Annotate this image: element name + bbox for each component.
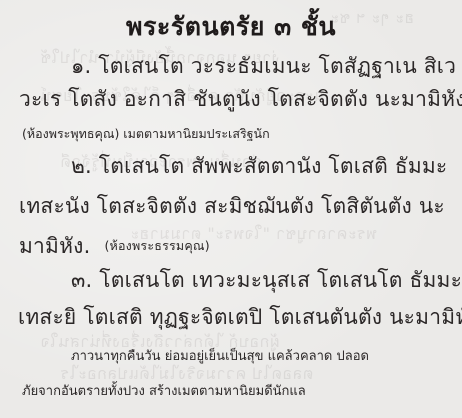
closing-line-2: ภัยจากอันตรายทั้งปวง สร้างเมตตามหานิยมดี… — [22, 385, 306, 398]
verse-2-line-3: มามิหัง.(ห้องพระธรรมคุณ) — [19, 236, 210, 257]
verse-2-line-2: เทสะนัง โตสะจิตตัง สะมิชฌันตัง โตสิตันตั… — [19, 196, 445, 217]
verse-3-line-2: เทสะยิ โตเสติ ทุฏฐะจิตเตปิ โตเสนตันตัง น… — [18, 307, 462, 328]
scanned-page: ฮะ ๆะ ฯ ชะ ง่ายๆ นอกจากนี้ยังมีผู้นำ นำไ… — [0, 0, 462, 418]
verse-1-line-2: วะเร โตสัง อะกาสิ ชันตูนัง โตสะจิตตัง นะ… — [19, 89, 462, 110]
verse-2-line-3-text: มามิหัง. — [19, 234, 90, 258]
verse-1-note: (ห้องพระพุทธคุณ) เมตตามหานิยมประเสริฐนัก — [22, 128, 270, 141]
closing-line-1: ภาวนาทุกคืนวัน ย่อมอยู่เย็นเป็นสุข แคล้ว… — [71, 350, 369, 363]
page-title: พระรัตนตรัย ๓ ชั้น — [0, 14, 462, 39]
verse-2-line-1: ๒. โตเสนโต สัพพะสัตตานัง โตเสติ ธัมมะ — [71, 156, 447, 177]
verse-3-line-1: ๓. โตเสนโต เทวะมะนุสเส โตเสนโต ธัมมะ — [71, 270, 462, 291]
verse-2-note: (ห้องพระธรรมคุณ) — [104, 238, 209, 253]
verse-1-line-1: ๑. โตเสนโต วะระธัมเมนะ โตสัฏฐาเน สิเว — [71, 56, 456, 77]
